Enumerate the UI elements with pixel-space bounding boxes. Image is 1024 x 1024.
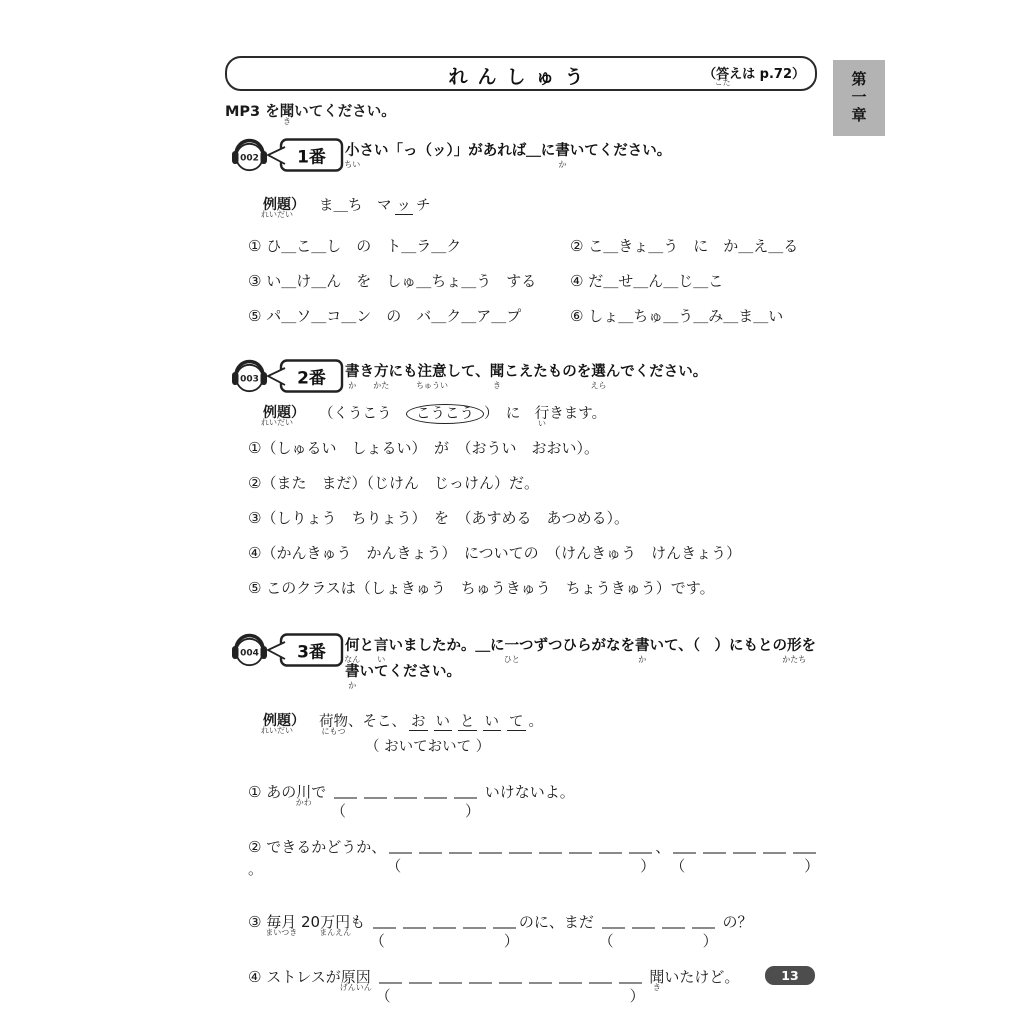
section-2-instruction: 書かき方かたにも注意ちゅういして、聞きこえたものを選えらんでください。: [345, 359, 823, 385]
example-label: 例題れいだい）: [263, 710, 305, 730]
page-number: 13: [781, 968, 798, 983]
headphone-pad-left: [232, 646, 239, 659]
list-item[interactable]: ③（しりょう ちりょう） を （あすめる あつめる）。: [248, 508, 823, 529]
section-3-example: 例題れいだい） 荷物にもつ、そこ、おいといて。: [263, 710, 823, 731]
section-1-header: 002 1番 小ちいさい「っ（ッ）」があれば＿に書かいてください。: [228, 133, 823, 177]
track-number: 004: [240, 649, 259, 659]
answer-blank[interactable]: （）: [386, 839, 655, 859]
example-text: （くうこう こうこう） に 行いきます。: [319, 402, 606, 423]
answer-page-note: （答こたえは p.72）: [703, 63, 805, 82]
headphone-pad-right: [261, 151, 268, 164]
answer-blank[interactable]: （）: [370, 914, 519, 934]
badge-tail: [268, 147, 285, 164]
section-number-label: 2番: [297, 368, 326, 389]
workbook-page: れんしゅう （答こたえは p.72） 第一章 MP3 を聞きいてください。 00…: [0, 0, 1024, 1024]
section-2-header: 003 2番 書かき方かたにも注意ちゅういして、聞きこえたものを選えらんでくださ…: [228, 354, 823, 398]
list-item[interactable]: ⑤ パ＿ソ＿コ＿ン の バ＿ク＿ア＿プ: [248, 306, 570, 327]
headphone-pad-right: [261, 372, 268, 385]
section-number-label: 1番: [297, 147, 326, 168]
section-number-label: 3番: [297, 642, 326, 663]
chapter-tab: 第一章: [833, 60, 885, 136]
audio-track-badge: 003 2番: [228, 354, 346, 398]
list-item[interactable]: ④ ストレスが原因げんいん （） 聞きいたけど。: [248, 967, 823, 989]
example-answer-text: （ おいておいて ）: [365, 735, 823, 756]
example-label: 例題れいだい）: [263, 194, 305, 214]
list-item[interactable]: ① ひ＿こ＿し の ト＿ラ＿ク: [248, 236, 570, 257]
headphone-pad-left: [232, 372, 239, 385]
audio-track-badge: 004 3番: [228, 628, 346, 672]
list-item[interactable]: ③ 毎月まいつき 20万円まんえんも （）のに、まだ （） の？: [248, 912, 823, 934]
section-1-example: 例題れいだい） ま＿ち マッチ: [263, 194, 823, 215]
badge-tail: [268, 642, 285, 659]
headphone-pad-left: [232, 151, 239, 164]
track-number: 002: [240, 154, 259, 164]
list-item[interactable]: ⑤ このクラスは（しょきゅう ちゅうきゅう ちょうきゅう）です。: [248, 578, 823, 599]
list-item[interactable]: ④ だ＿せ＿ん＿じ＿こ: [570, 271, 823, 292]
audio-track-badge: 002 1番: [228, 133, 346, 177]
section-1: 002 1番 小ちいさい「っ（ッ）」があれば＿に書かいてください。 例題れいだい…: [228, 133, 823, 327]
track-number: 003: [240, 375, 259, 385]
list-item[interactable]: ④（かんきゅう かんきょう） についての （けんきゅう けんきょう）: [248, 543, 823, 564]
section-1-instruction: 小ちいさい「っ（ッ）」があれば＿に書かいてください。: [345, 138, 823, 164]
section-3-instruction: 何なんと言いいましたか。＿に一ひとつずつひらがなを書かいて、（ ）にもとの形かた…: [345, 633, 823, 685]
section-2: 003 2番 書かき方かたにも注意ちゅういして、聞きこえたものを選えらんでくださ…: [228, 354, 823, 613]
list-item[interactable]: ②（また まだ）（じけん じっけん）だ。: [248, 473, 823, 494]
section-3-header: 004 3番 何なんと言いいましたか。＿に一ひとつずつひらがなを書かいて、（ ）…: [228, 628, 823, 696]
list-item[interactable]: ② こ＿きょ＿う に か＿え＿る: [570, 236, 823, 257]
answer-blank[interactable]: （）: [376, 969, 645, 989]
list-item[interactable]: ② できるかどうか、（）、（）。: [248, 837, 823, 879]
section-1-items: ① ひ＿こ＿し の ト＿ラ＿ク ② こ＿きょ＿う に か＿え＿る ③ い＿け＿ん…: [248, 236, 823, 327]
intro-text: MP3 を聞きいてください。: [225, 100, 396, 121]
section-2-example: 例題れいだい） （くうこう こうこう） に 行いきます。: [263, 402, 823, 423]
answer-blank[interactable]: （）: [670, 839, 819, 859]
badge-tail: [268, 368, 285, 385]
example-label: 例題れいだい）: [263, 402, 305, 422]
chapter-tab-label: 第一章: [849, 71, 870, 125]
list-item[interactable]: ①（しゅるい しょるい） が （おうい おおい）。: [248, 438, 823, 459]
list-item[interactable]: ① あの川かわで （） いけないよ。: [248, 782, 823, 804]
section-2-items: ①（しゅるい しょるい） が （おうい おおい）。 ②（また まだ）（じけん じ…: [248, 438, 823, 599]
headphone-pad-right: [261, 646, 268, 659]
list-item[interactable]: ⑥ しょ＿ちゅ＿う＿み＿ま＿い: [570, 306, 823, 327]
example-text: ま＿ち マッチ: [319, 194, 431, 215]
page-number-badge: 13: [765, 966, 815, 985]
answer-blank[interactable]: （）: [331, 784, 480, 804]
section-3: 004 3番 何なんと言いいましたか。＿に一ひとつずつひらがなを書かいて、（ ）…: [228, 628, 823, 1022]
example-text: 荷物にもつ、そこ、おいといて。: [319, 710, 543, 731]
list-item[interactable]: ③ い＿け＿ん を しゅ＿ちょ＿う する: [248, 271, 570, 292]
answer-blank[interactable]: （）: [599, 914, 718, 934]
section-3-items: ① あの川かわで （） いけないよ。 ② できるかどうか、（）、（）。 ③ 毎月…: [248, 782, 823, 989]
title-bar: れんしゅう （答こたえは p.72）: [225, 56, 817, 91]
